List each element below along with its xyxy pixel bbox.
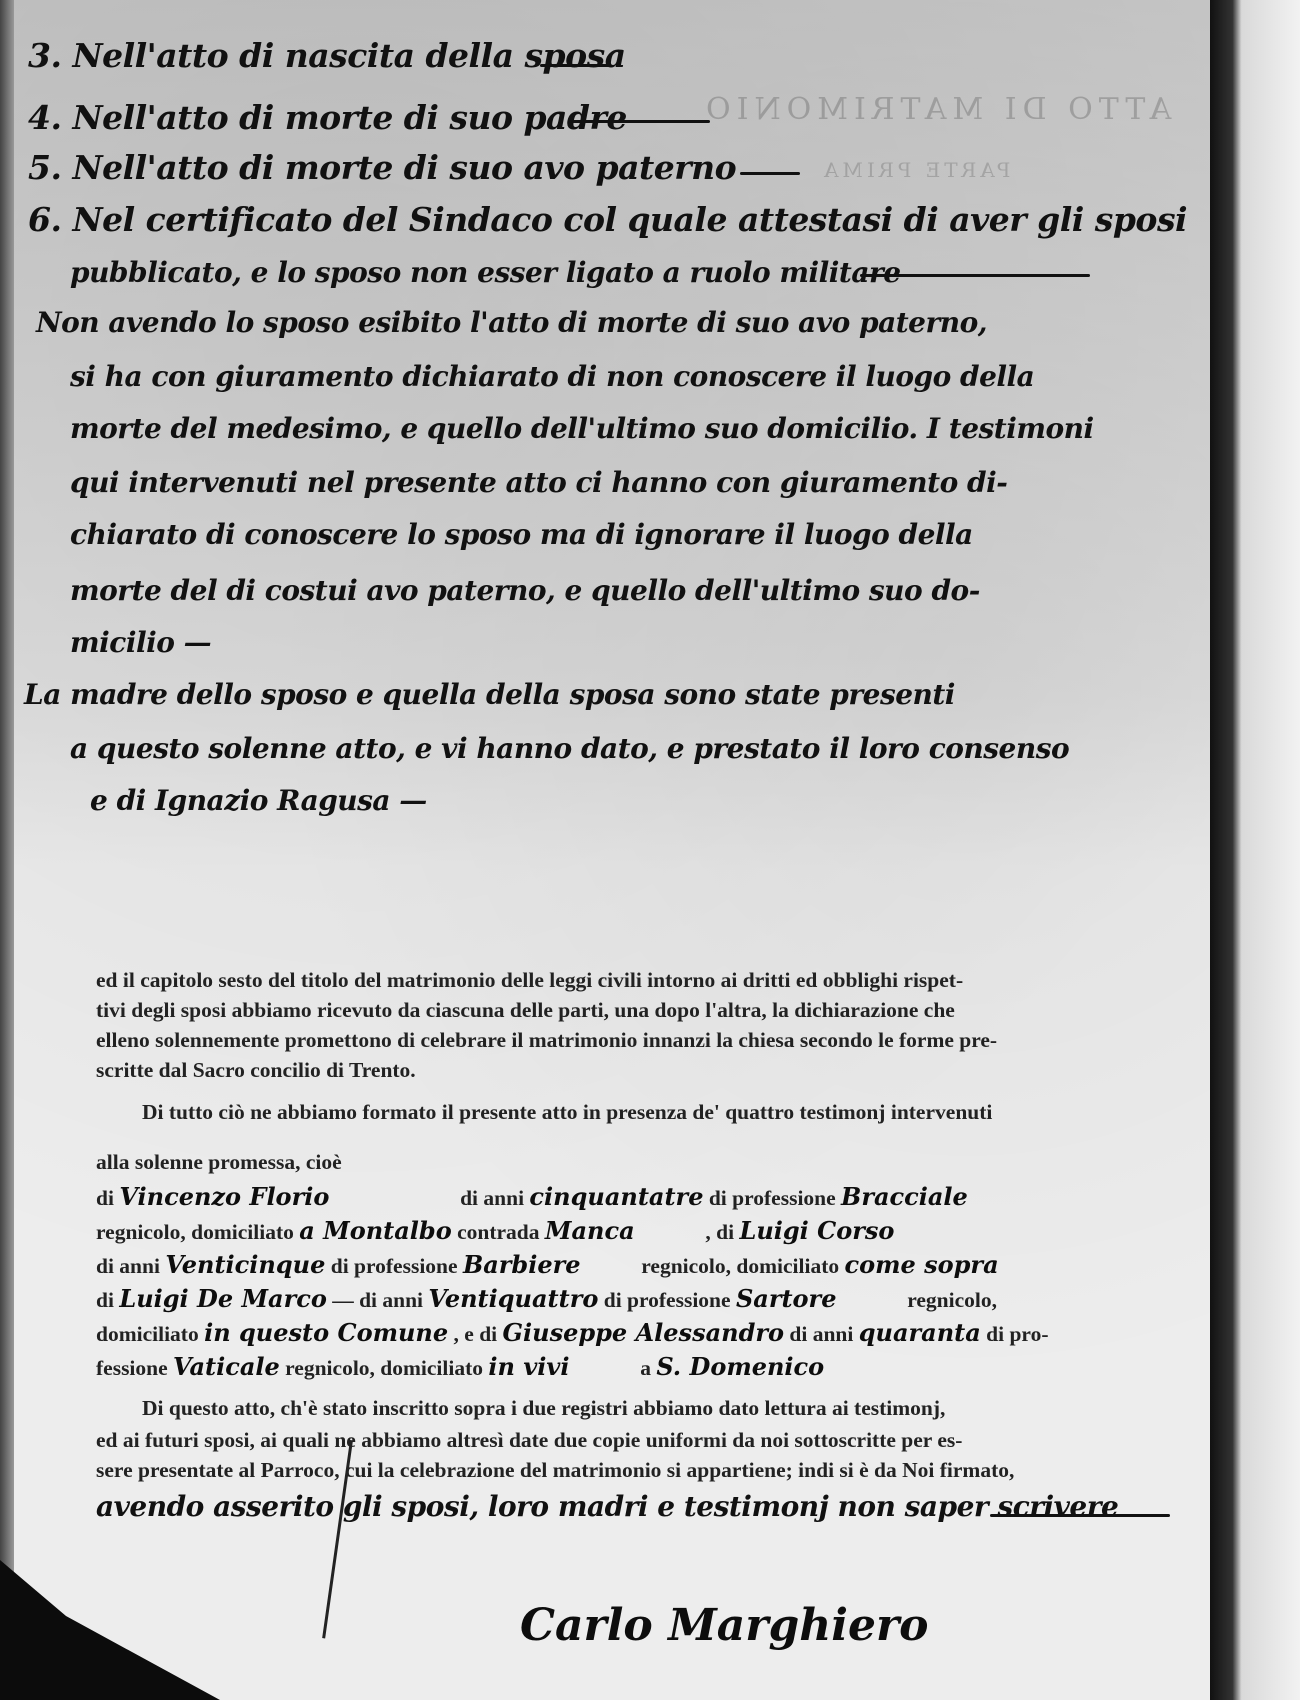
list-number: 3. <box>28 36 61 75</box>
witness-name: Luigi Corso <box>739 1216 894 1245</box>
fill-line <box>740 172 800 175</box>
handwritten-line: pubblicato, e lo sposo non esser ligato … <box>70 256 901 289</box>
label: di professione <box>604 1288 731 1312</box>
list-number: 5. <box>28 148 61 187</box>
label: , e di <box>454 1322 498 1346</box>
list-text: Nell'atto di morte di suo padre <box>72 98 626 137</box>
list-number: 4. <box>28 98 61 137</box>
printed-line: ed ai futuri sposi, ai quali ne abbiamo … <box>96 1428 962 1453</box>
label: regnicolo, domiciliato <box>641 1254 839 1278</box>
list-text: Nell'atto di nascita della sposa <box>72 36 625 75</box>
witness-row-1: di Vincenzo Florio di anni cinquantatre … <box>96 1182 968 1211</box>
printed-line: Di tutto ciò ne abbiamo formato il prese… <box>142 1100 992 1125</box>
label: a <box>640 1356 651 1380</box>
witness-name: Vincenzo Florio <box>119 1182 329 1211</box>
handwritten-line: morte del di costui avo paterno, e quell… <box>70 574 980 607</box>
label: di anni <box>96 1254 160 1278</box>
witness-domicile: in vivi <box>488 1352 569 1381</box>
witness-contrada: Manca <box>545 1216 635 1245</box>
page-left-edge <box>0 0 14 1700</box>
witness-row-3b: domiciliato in questo Comune , e di Gius… <box>96 1318 1048 1347</box>
witness-name: Luigi De Marco <box>119 1284 327 1313</box>
bleed-through-subheader: PARTE PRIMA <box>820 158 1010 182</box>
fill-line <box>990 1514 1170 1517</box>
label: regnicolo, <box>907 1288 997 1312</box>
list-text: Nel certificato del Sindaco col quale at… <box>72 200 1187 239</box>
witness-profession: Sartore <box>736 1284 837 1313</box>
witness-row-3: di Luigi De Marco — di anni Ventiquattro… <box>96 1284 997 1313</box>
list-item: 4. Nell'atto di morte di suo padre <box>28 98 627 137</box>
list-number: 6. <box>28 200 61 239</box>
witness-row-1b: regnicolo, domiciliato a Montalbo contra… <box>96 1216 894 1245</box>
handwritten-line: micilio — <box>70 626 211 659</box>
printed-line: scritte dal Sacro concilio di Trento. <box>96 1058 416 1083</box>
fill-line <box>570 120 710 123</box>
label: di anni <box>460 1186 524 1210</box>
printed-line: ed il capitolo sesto del titolo del matr… <box>96 968 963 993</box>
label: regnicolo, domiciliato <box>285 1356 483 1380</box>
handwritten-line: a questo solenne atto, e vi hanno dato, … <box>70 732 1069 765</box>
witness-place: S. Domenico <box>656 1352 824 1381</box>
witness-profession: Vaticale <box>173 1352 280 1381</box>
page-corner-shadow <box>0 1560 220 1700</box>
witness-age: quaranta <box>859 1318 981 1347</box>
handwritten-line: qui intervenuti nel presente atto ci han… <box>70 466 1007 499</box>
handwritten-line: morte del medesimo, e quello dell'ultimo… <box>70 412 1094 445</box>
witness-row-4: fessione Vaticale regnicolo, domiciliato… <box>96 1352 824 1381</box>
witness-age: Venticinque <box>165 1250 325 1279</box>
printed-line: elleno solennemente promettono di celebr… <box>96 1028 997 1053</box>
witness-age: cinquantatre <box>529 1182 703 1211</box>
list-item: 3. Nell'atto di nascita della sposa <box>28 36 626 75</box>
witness-domicile: come sopra <box>844 1250 998 1279</box>
printed-line: Di questo atto, ch'è stato inscritto sop… <box>142 1396 945 1421</box>
witness-row-2: di anni Venticinque di professione Barbi… <box>96 1250 999 1279</box>
witness-profession: Bracciale <box>841 1182 968 1211</box>
fill-line <box>860 274 1090 277</box>
label: di <box>96 1288 114 1312</box>
handwritten-closing: avendo asserito gli sposi, loro madri e … <box>96 1490 1118 1523</box>
label: fessione <box>96 1356 168 1380</box>
label: di professione <box>331 1254 458 1278</box>
label: di anni <box>789 1322 853 1346</box>
fill-line <box>540 64 610 67</box>
printed-line: tivi degli sposi abbiamo ricevuto da cia… <box>96 998 955 1023</box>
witness-domicile: in questo Comune <box>204 1318 448 1347</box>
witness-name: Giuseppe Alessandro <box>503 1318 785 1347</box>
label: , di <box>705 1220 734 1244</box>
handwritten-line: chiarato di conoscere lo sposo ma di ign… <box>70 518 973 551</box>
list-text: Nell'atto di morte di suo avo paterno <box>72 148 736 187</box>
witness-age: Ventiquattro <box>428 1284 598 1313</box>
book-binding-edge <box>1210 0 1300 1700</box>
witness-domicile: a Montalbo <box>299 1216 451 1245</box>
list-item: 5. Nell'atto di morte di suo avo paterno <box>28 148 736 187</box>
official-signature: Carlo Marghiero <box>520 1600 928 1651</box>
label: contrada <box>457 1220 539 1244</box>
label: di pro- <box>986 1322 1048 1346</box>
label: di professione <box>709 1186 836 1210</box>
handwritten-line: Non avendo lo sposo esibito l'atto di mo… <box>36 306 987 339</box>
printed-line: alla solenne promessa, cioè <box>96 1150 342 1175</box>
handwritten-line: si ha con giuramento dichiarato di non c… <box>70 360 1034 393</box>
label: regnicolo, domiciliato <box>96 1220 294 1244</box>
label: di anni <box>359 1288 423 1312</box>
document-page: ATTO DI MATRIMONIO PARTE PRIMA 3. Nell'a… <box>0 0 1210 1700</box>
label: domiciliato <box>96 1322 199 1346</box>
printed-line: sere presentate al Parroco, cui la celeb… <box>96 1458 1014 1483</box>
bleed-through-header: ATTO DI MATRIMONIO <box>700 92 1171 127</box>
handwritten-line: e di Ignazio Ragusa — <box>90 784 427 817</box>
handwritten-line: La madre dello sposo e quella della spos… <box>24 678 955 711</box>
list-item: 6. Nel certificato del Sindaco col quale… <box>28 200 1187 239</box>
witness-profession: Barbiere <box>463 1250 581 1279</box>
label: di <box>96 1186 114 1210</box>
